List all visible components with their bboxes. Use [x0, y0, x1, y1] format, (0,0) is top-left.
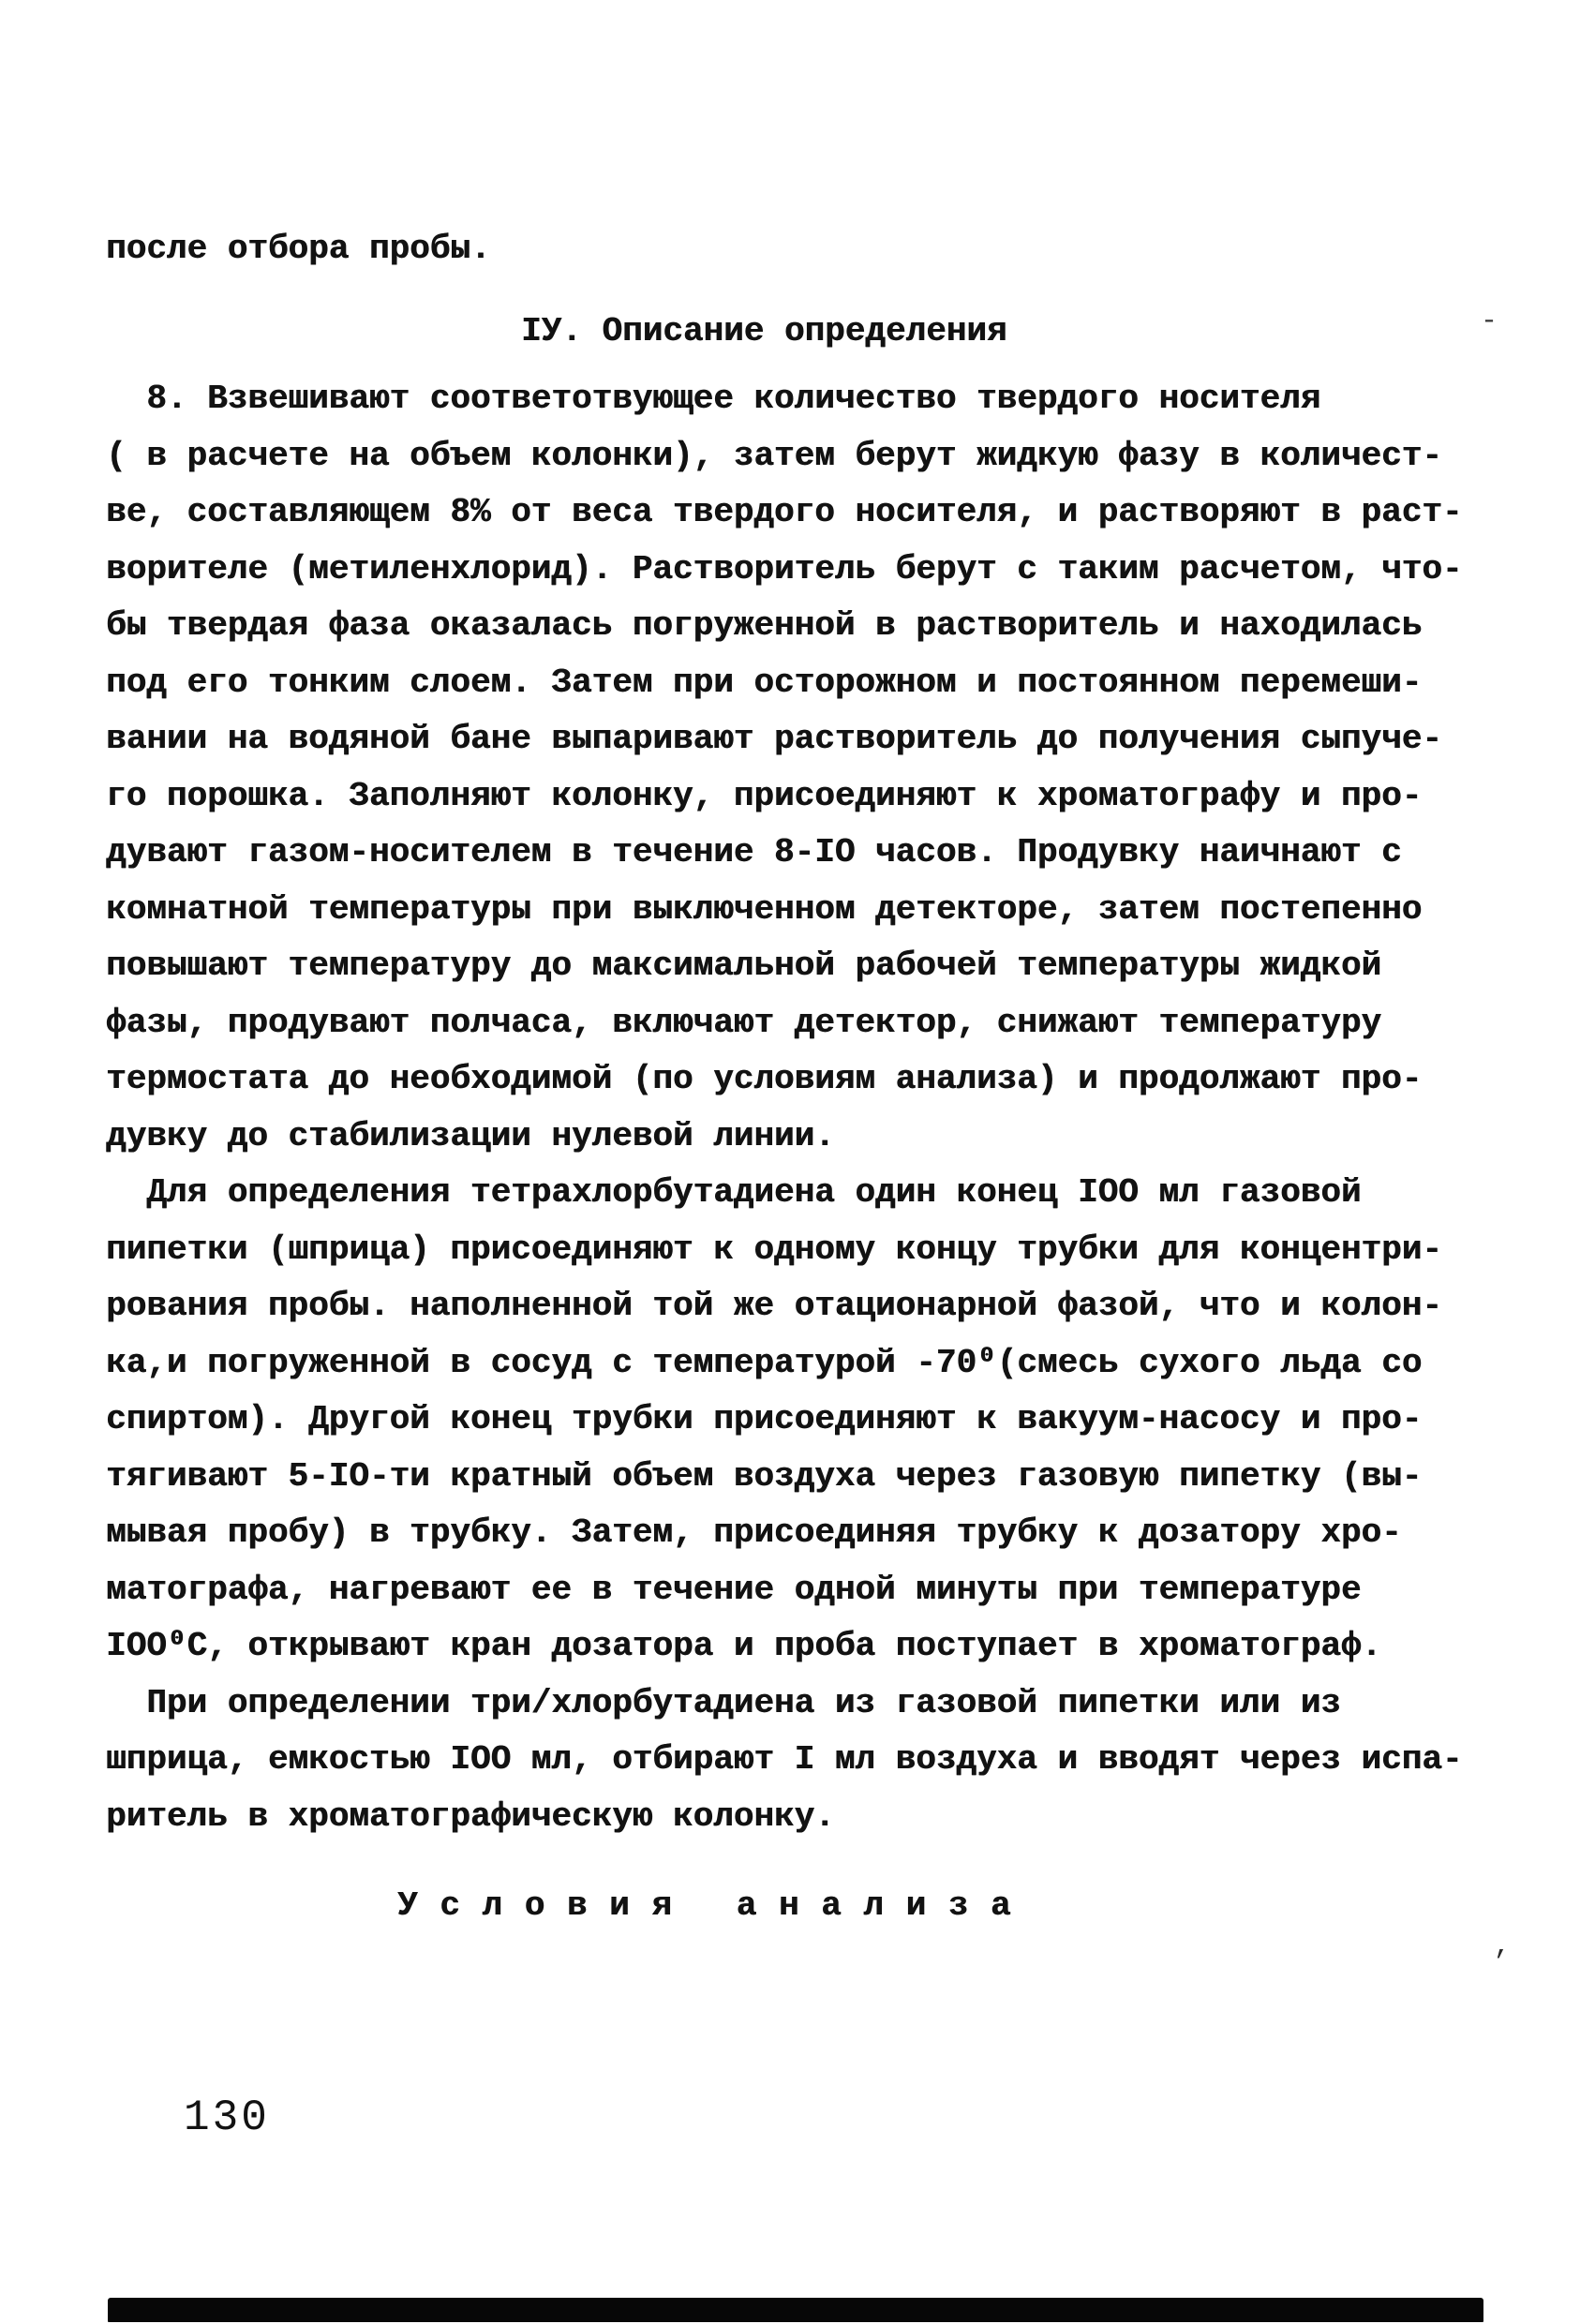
page-number: 130	[184, 2093, 270, 2142]
text-line: мывая пробу) в трубку. Затем, присоединя…	[106, 1505, 1462, 1562]
text-line: дувают газом-носителем в течение 8-IO ча…	[106, 825, 1462, 882]
text-line: ве, составляющем 8% от веса твердого нос…	[106, 484, 1462, 542]
text-line: термостата до необходимой (по условиям а…	[106, 1051, 1462, 1109]
scan-speck-tick: ,	[1494, 1932, 1511, 1960]
scanned-document-page: после отбора пробы. IУ. Описание определ…	[0, 0, 1595, 2324]
text-line: спиртом). Другой конец трубки присоединя…	[106, 1392, 1462, 1449]
text-line: Для определения тетрахлорбутадиена один …	[106, 1165, 1462, 1222]
text-line: При определении три/хлорбутадиена из газ…	[106, 1676, 1462, 1733]
scan-speck-dash: -	[1481, 307, 1498, 335]
body-text: 8. Взвешивают соответотвующее количество…	[106, 371, 1462, 1845]
intro-line: после отбора пробы.	[106, 231, 490, 268]
text-line: ритель в хроматографическую колонку.	[106, 1789, 1462, 1846]
text-line: го порошка. Заполняют колонку, присоедин…	[106, 768, 1462, 826]
text-line: вании на водяной бане выпаривают раствор…	[106, 711, 1462, 768]
text-line: пипетки (шприца) присоединяют к одному к…	[106, 1222, 1462, 1279]
text-line: бы твердая фаза оказалась погруженной в …	[106, 598, 1462, 655]
text-line: матографа, нагревают ее в течение одной …	[106, 1562, 1462, 1619]
text-line: 8. Взвешивают соответотвующее количество…	[106, 371, 1462, 428]
text-line: фазы, продувают полчаса, включают детект…	[106, 995, 1462, 1052]
text-line: ка,и погруженной в сосуд с температурой …	[106, 1335, 1462, 1393]
text-line: тягивают 5-IO-ти кратный объем воздуха ч…	[106, 1449, 1462, 1506]
text-line: ( в расчете на объем колонки), затем бер…	[106, 428, 1462, 485]
text-line: комнатной температуры при выключенном де…	[106, 882, 1462, 939]
text-line: IOO⁰С, открывают кран дозатора и проба п…	[106, 1618, 1462, 1676]
text-line: шприца, емкостью IOO мл, отбирают I мл в…	[106, 1732, 1462, 1789]
text-line: под его тонким слоем. Затем при осторожн…	[106, 655, 1462, 712]
text-line: повышают температуру до максимальной раб…	[106, 938, 1462, 995]
text-line: ворителе (метиленхлорид). Растворитель б…	[106, 542, 1462, 599]
section-heading: IУ. Описание определения	[521, 313, 1006, 350]
analysis-conditions-heading: У с л о в и я а н а л и з а	[397, 1885, 1012, 1927]
text-line: рования пробы. наполненной той же отацио…	[106, 1278, 1462, 1335]
scan-edge-artifact-bar	[108, 2298, 1483, 2322]
text-line: дувку до стабилизации нулевой линии.	[106, 1109, 1462, 1166]
